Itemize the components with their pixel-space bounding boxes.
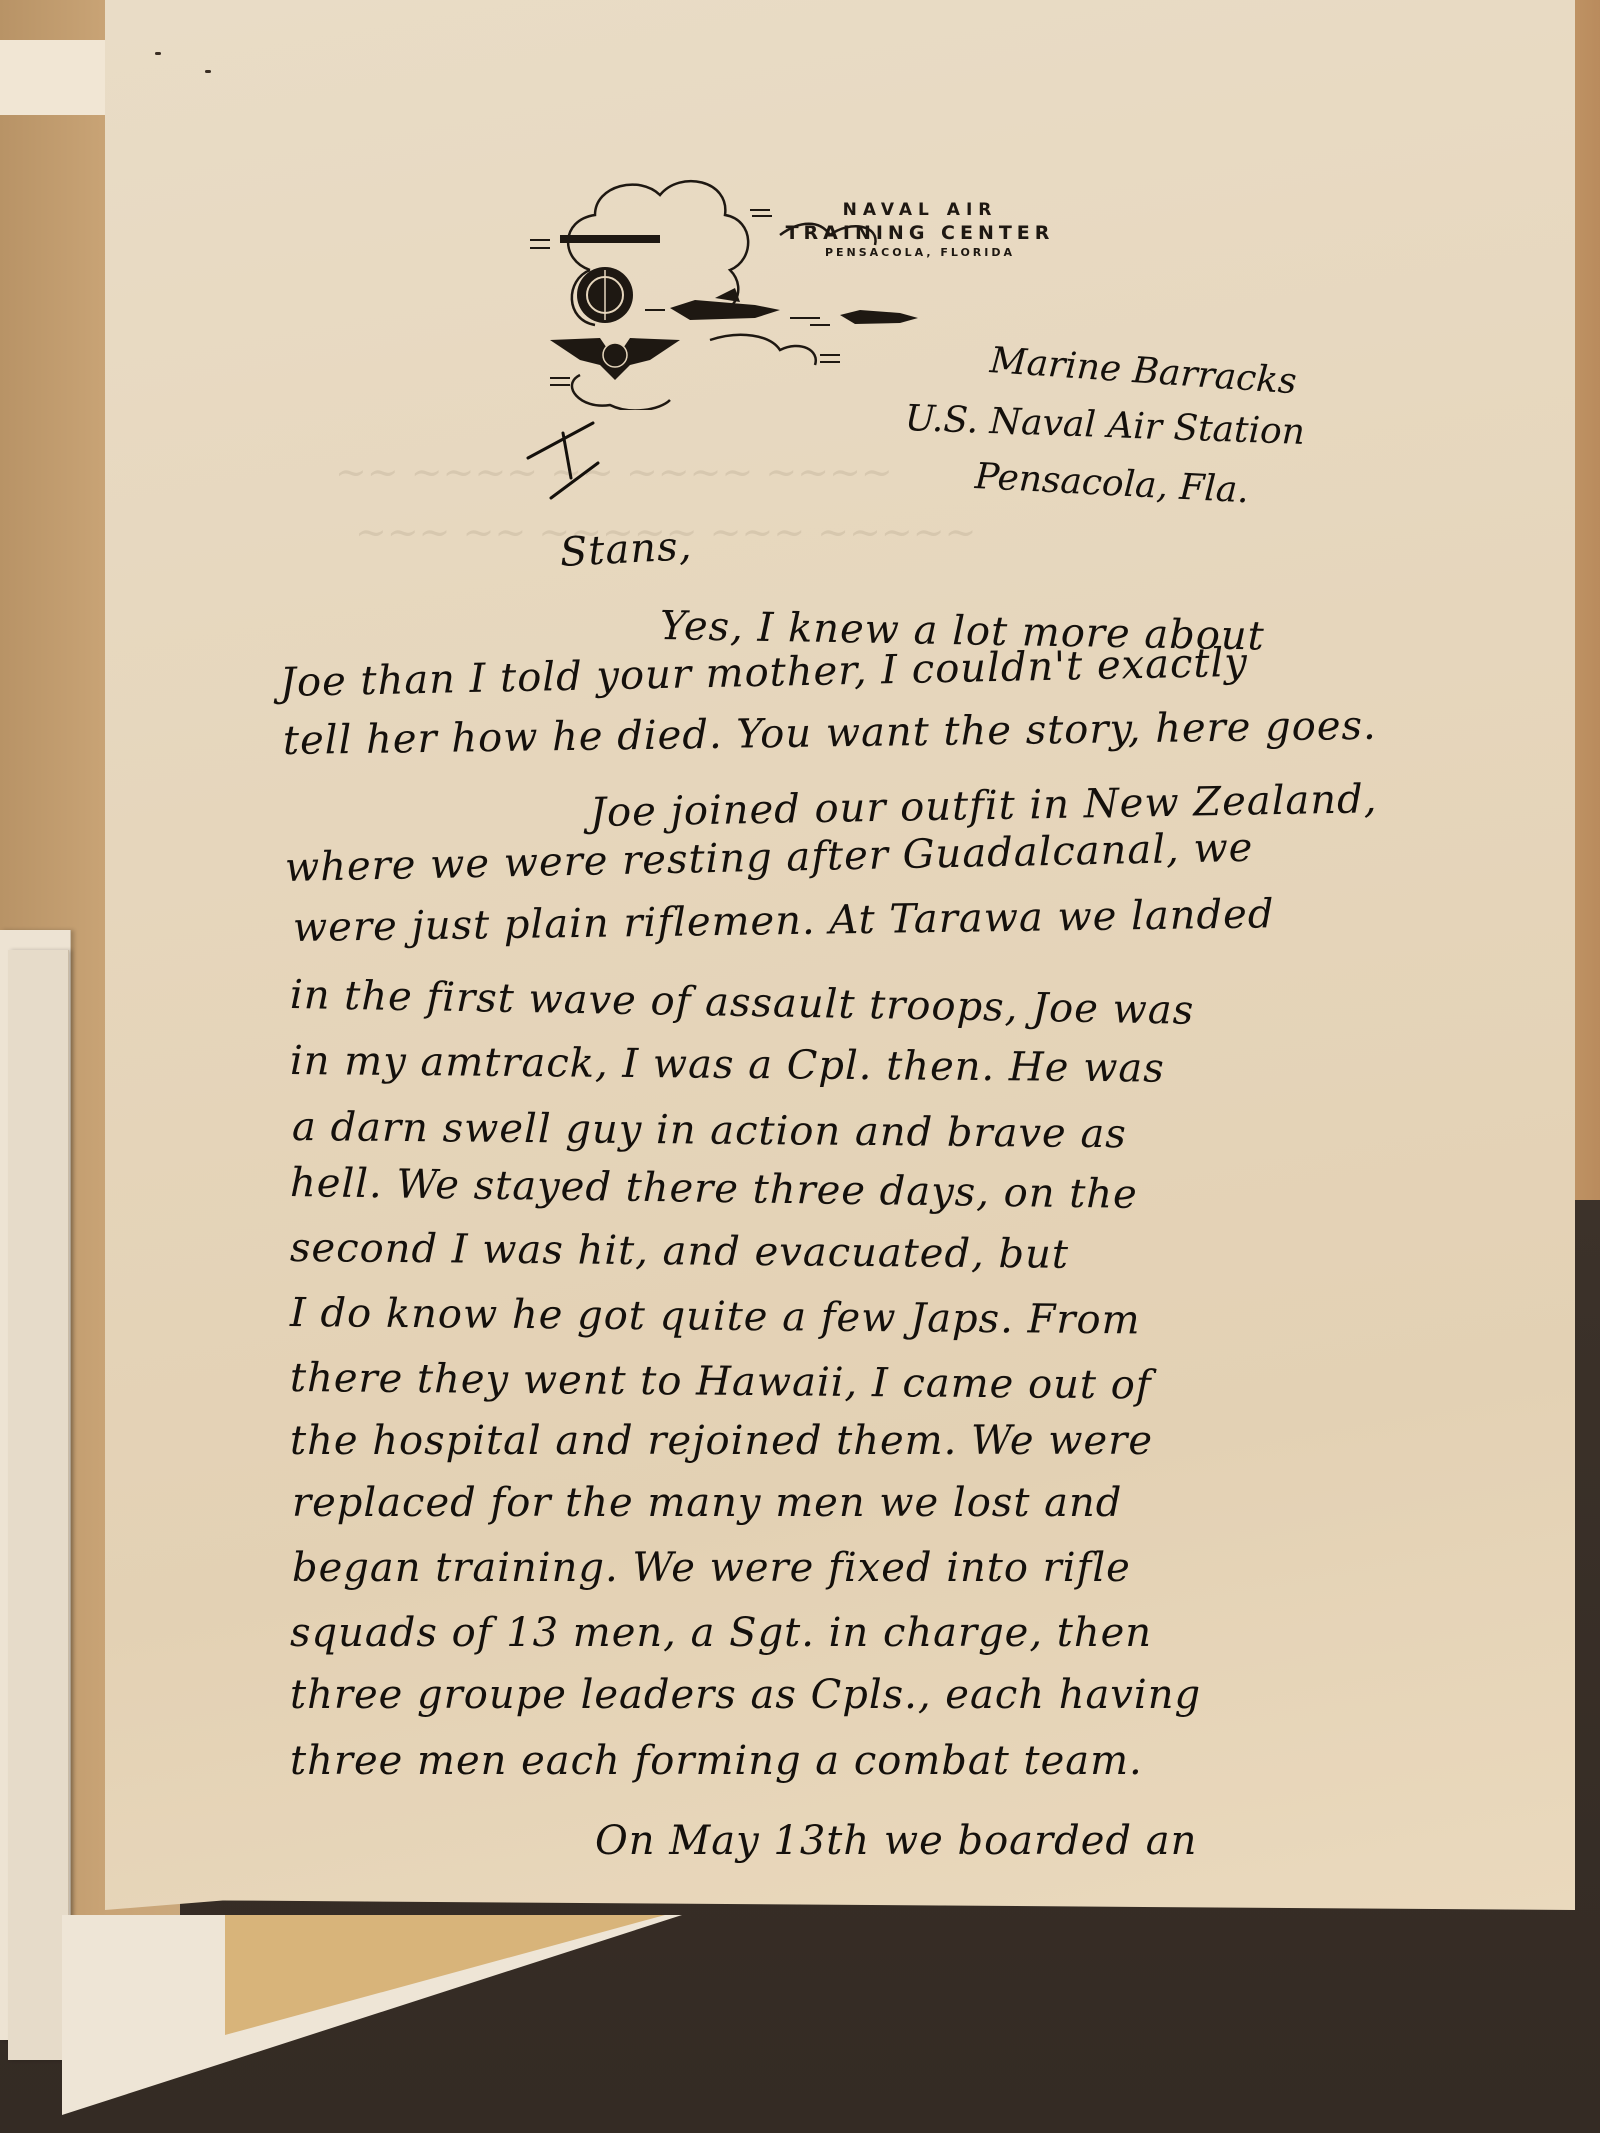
paper-speck (155, 52, 161, 55)
photo-scene: ~~ ~~~~ ~~ ~~~~ ~~~~ ~~~ ~~ ~~~~~ ~~~ ~~… (0, 0, 1600, 2133)
body-line: second I was hit, and evacuated, but (290, 1225, 1069, 1278)
paper-speck (205, 70, 211, 73)
body-line: in my amtrack, I was a Cpl. then. He was (290, 1038, 1165, 1092)
body-line: three men each forming a combat team. (290, 1738, 1143, 1784)
body-line: a darn swell guy in action and brave as (292, 1104, 1127, 1157)
body-line: squads of 13 men, a Sgt. in charge, then (290, 1610, 1152, 1656)
body-line: three groupe leaders as Cpls., each havi… (290, 1672, 1201, 1718)
body-line: On May 13th we boarded an (595, 1818, 1197, 1864)
paper-stack-edge (8, 950, 69, 2060)
letterhead-line-3: PENSACOLA, FLORIDA (760, 246, 1080, 259)
body-line: began training. We were fixed into rifle (292, 1545, 1131, 1591)
yellow-underlying-paper (225, 1915, 665, 2035)
letterhead-line-1: NAVAL AIR (760, 200, 1080, 220)
bleed-through-text: ~~ ~~~~ ~~ ~~~~ ~~~~ (335, 450, 893, 494)
body-line: the hospital and rejoined them. We were (290, 1418, 1153, 1464)
letterhead-line-2: TRAINING CENTER (760, 222, 1080, 244)
salutation: Stans, (559, 523, 694, 576)
body-line: I do know he got quite a few Japs. From (290, 1290, 1141, 1343)
folder-label-strip (0, 40, 112, 115)
body-line: there they went to Hawaii, I came out of (290, 1355, 1152, 1409)
body-line: replaced for the many men we lost and (292, 1480, 1122, 1526)
initial-mark-icon (523, 418, 613, 508)
letterhead-text: NAVAL AIR TRAINING CENTER PENSACOLA, FLO… (760, 200, 1080, 259)
